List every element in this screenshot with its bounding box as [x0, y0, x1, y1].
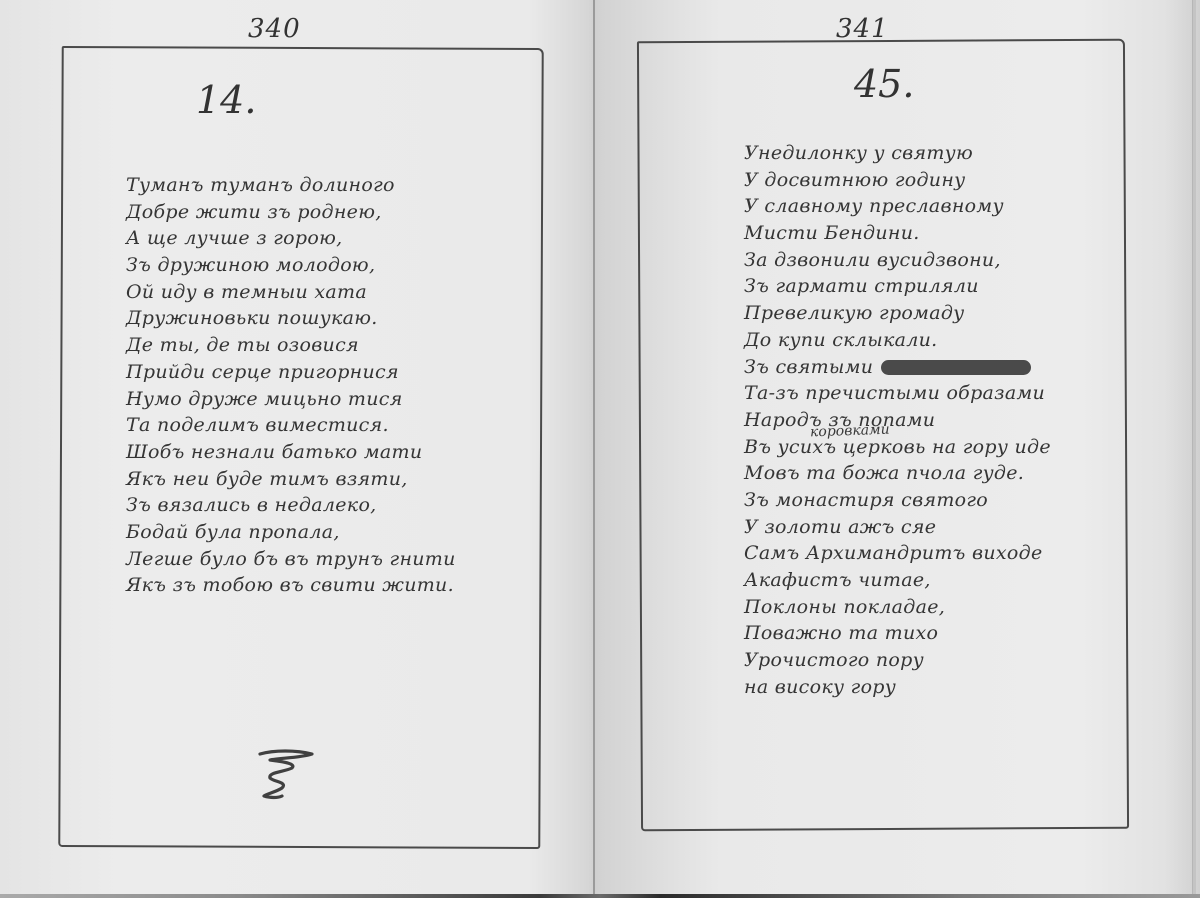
- verse-line: Поважно та тихо: [744, 620, 1051, 647]
- verse-line: на високу гору: [744, 674, 1051, 701]
- verse-line: Въ усихъ церковь на гору иде: [744, 434, 1051, 461]
- verse-lines: Унедилонку у святую У досвитнюю годину У…: [744, 140, 1051, 700]
- verse-line: Поклоны покладае,: [744, 594, 1051, 621]
- verse-lines: Туманъ туманъ долиного Добре жити зъ род…: [126, 172, 456, 599]
- verse-line: До купи склыкали.: [744, 327, 1051, 354]
- verse-line: Добре жити зъ роднею,: [126, 199, 456, 226]
- song-number: 45.: [854, 62, 914, 106]
- right-page: 341 45. Унедилонку у святую У досвитнюю …: [596, 0, 1196, 898]
- verse-line: Та поделимъ виместися.: [126, 412, 456, 439]
- verse-line: Якъ зъ тобою въ свити жити.: [126, 572, 456, 599]
- manuscript-spread: 340 14. Туманъ туманъ долиного Добре жит…: [0, 0, 1200, 898]
- left-page: 340 14. Туманъ туманъ долиного Добре жит…: [0, 0, 594, 898]
- end-flourish-icon: [256, 748, 316, 808]
- verse-line: Зъ монастиря святого: [744, 487, 1051, 514]
- interlinear-insertion: коровками: [810, 422, 890, 441]
- verse-line-text: Зъ святыми: [744, 356, 873, 378]
- verse-line: Бодай була пропала,: [126, 519, 456, 546]
- verse-line: Зъ гармати стриляли: [744, 273, 1051, 300]
- verse-line: Зъ вязались в недалеко,: [126, 492, 456, 519]
- verse-line: Прийди серце пригорнися: [126, 359, 456, 386]
- verse-line: Мовъ та божа пчола гуде.: [744, 460, 1051, 487]
- verse-line: Та-зъ пречистыми образами: [744, 380, 1051, 407]
- verse-line: Дружиновьки пошукаю.: [126, 305, 456, 332]
- verse-line: Ой иду в темныи хата: [126, 279, 456, 306]
- struck-out-word: [881, 360, 1031, 375]
- verse-line: За дзвонили вусидзвони,: [744, 247, 1051, 274]
- verse-line: Акафистъ читае,: [744, 567, 1051, 594]
- verse-line: Урочистого пору: [744, 647, 1051, 674]
- verse-line: Превеликую громаду: [744, 300, 1051, 327]
- verse-line: Де ты, де ты озовися: [126, 332, 456, 359]
- verse-line: Народъ зъ попами: [744, 407, 1051, 434]
- song-number: 14.: [196, 78, 256, 122]
- verse-line: Мисти Бендини.: [744, 220, 1051, 247]
- verse-line: У досвитнюю годину: [744, 167, 1051, 194]
- verse-line: Шобъ незнали батько мати: [126, 439, 456, 466]
- verse-line: У золоти ажъ сяе: [744, 514, 1051, 541]
- verse-line: Легше було бъ въ трунъ гнити: [126, 546, 456, 573]
- verse-line: Самъ Архимандритъ виходе: [744, 540, 1051, 567]
- verse-line: Туманъ туманъ долиного: [126, 172, 456, 199]
- verse-line: Унедилонку у святую: [744, 140, 1051, 167]
- verse-line: Зъ дружиною молодою,: [126, 252, 456, 279]
- verse-line: Нумо друже мицьно тися: [126, 386, 456, 413]
- verse-line: Якъ неи буде тимъ взяти,: [126, 466, 456, 493]
- verse-line: А ще лучше з горою,: [126, 225, 456, 252]
- verse-line: У славному преславному: [744, 193, 1051, 220]
- verse-line-with-strikeout: Зъ святыми: [744, 354, 1051, 381]
- page-number: 340: [248, 14, 301, 44]
